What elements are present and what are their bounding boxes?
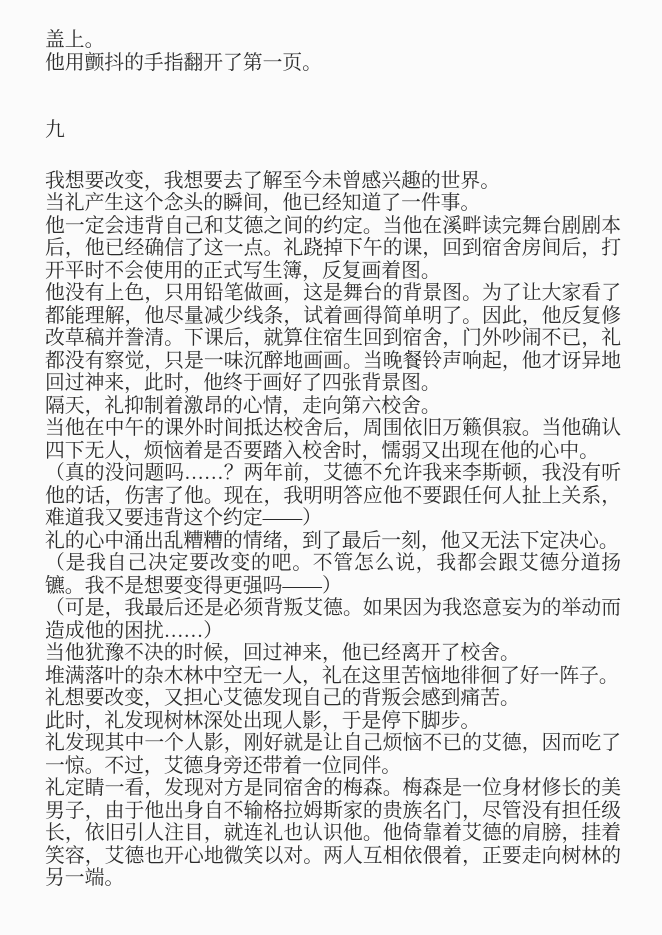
body-paragraph: （真的没问题吗……？两年前，艾德不允许我来李斯顿，我没有听他的话，伤害了他。现在… bbox=[45, 462, 621, 530]
body-paragraph: 礼想要改变，又担心艾德发现自己的背叛会感到痛苦。 bbox=[45, 687, 621, 710]
body-paragraph: （可是，我最后还是必须背叛艾德。如果因为我恣意妄为的举动而造成他的困扰……） bbox=[45, 597, 621, 642]
body-paragraph: 礼发现其中一个人影，刚好就是让自己烦恼不已的艾德，因而吃了一惊。不过，艾德身旁还… bbox=[45, 732, 621, 777]
body-paragraph: （是我自己决定要改变的吧。不管怎么说，我都会跟艾德分道扬镳。我不是想要变得更强吗… bbox=[45, 552, 621, 597]
body-paragraph: 当他在中午的课外时间抵达校舍后，周围依旧万籁俱寂。当他确认四下无人，烦恼着是否要… bbox=[45, 417, 621, 462]
chapter-heading: 九 bbox=[45, 119, 621, 142]
novel-page: 盖上。 他用颤抖的手指翻开了第一页。 九 我想要改变，我想要去了解至今未曾感兴趣… bbox=[0, 0, 662, 935]
body-paragraph: 堆满落叶的杂木林中空无一人，礼在这里苦恼地徘徊了好一阵子。 bbox=[45, 665, 621, 688]
page-text-block: 盖上。 他用颤抖的手指翻开了第一页。 九 我想要改变，我想要去了解至今未曾感兴趣… bbox=[45, 29, 621, 890]
body-paragraph: 隔天，礼抑制着激昂的心情，走向第六校舍。 bbox=[45, 395, 621, 418]
body-paragraph: 当他犹豫不决的时候，回过神来，他已经离开了校舍。 bbox=[45, 642, 621, 665]
opening-line: 盖上。 bbox=[45, 29, 621, 52]
opening-line: 他用颤抖的手指翻开了第一页。 bbox=[45, 52, 621, 75]
body-paragraph: 礼定睛一看，发现对方是同宿舍的梅森。梅森是一位身材修长的美男子，由于他出身自不输… bbox=[45, 777, 621, 890]
body-paragraph: 他一定会违背自己和艾德之间的约定。当他在溪畔读完舞台剧剧本后，他已经确信了这一点… bbox=[45, 215, 621, 283]
body-paragraph: 我想要改变，我想要去了解至今未曾感兴趣的世界。 bbox=[45, 170, 621, 193]
body-paragraph: 礼的心中涌出乱糟糟的情绪，到了最后一刻，他又无法下定决心。 bbox=[45, 530, 621, 553]
body-paragraph: 他没有上色，只用铅笔做画，这是舞台的背景图。为了让大家看了都能理解，他尽量减少线… bbox=[45, 282, 621, 395]
body-paragraph: 此时，礼发现树林深处出现人影，于是停下脚步。 bbox=[45, 710, 621, 733]
body-paragraph: 当礼产生这个念头的瞬间，他已经知道了一件事。 bbox=[45, 192, 621, 215]
